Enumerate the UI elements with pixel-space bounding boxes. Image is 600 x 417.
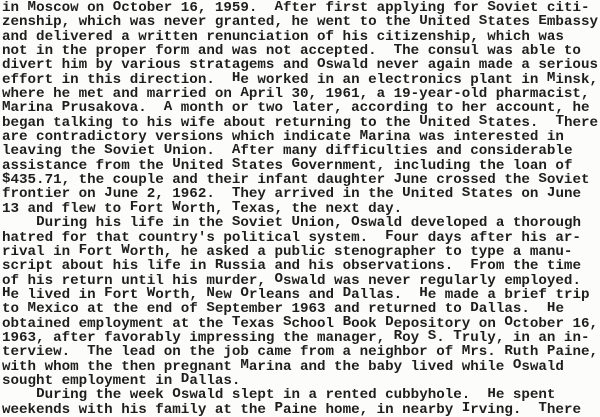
- text-line: are contradictory versions which indicat…: [2, 130, 600, 144]
- text-line: terview. The lead on the job came from a…: [2, 345, 600, 359]
- text-line: of his return until his murder, Oswald w…: [2, 274, 600, 288]
- text-line: not in the proper form and was not accep…: [2, 44, 600, 58]
- text-line: assistance from the United States Govern…: [2, 159, 600, 173]
- text-line: weekends with his family at the Paine ho…: [2, 403, 600, 417]
- text-line: divert him by various stratagems and Osw…: [2, 58, 600, 72]
- text-line: began talking to his wife about returnin…: [2, 116, 600, 130]
- text-line: in Moscow on October 16, 1959. After fir…: [2, 1, 600, 15]
- text-line: leaving the Soviet Union. After many dif…: [2, 144, 600, 158]
- text-line: zenship, which was never granted, he wen…: [2, 15, 600, 29]
- text-line: where he met and married on April 30, 19…: [2, 87, 600, 101]
- text-line: During the week Oswald slept in a rented…: [2, 388, 600, 402]
- text-line: $435.71, the couple and their infant dau…: [2, 173, 600, 187]
- text-line: and delivered a written renunciation of …: [2, 30, 600, 44]
- text-line: effort in this direction. He worked in a…: [2, 73, 600, 87]
- text-line: rival in Fort Worth, he asked a public s…: [2, 245, 600, 259]
- text-line: obtained employment at the Texas School …: [2, 317, 600, 331]
- text-line: with whom the then pregnant Marina and t…: [2, 360, 600, 374]
- text-line: hatred for that country's political syst…: [2, 231, 600, 245]
- text-line: script about his life in Russia and his …: [2, 259, 600, 273]
- text-line: During his life in the Soviet Union, Osw…: [2, 216, 600, 230]
- typewritten-page: in Moscow on October 16, 1959. After fir…: [0, 0, 600, 417]
- text-line: 13 and flew to Fort Worth, Texas, the ne…: [2, 202, 600, 216]
- text-line: He lived in Fort Worth, New Orleans and …: [2, 288, 600, 302]
- text-line: Marina Prusakova. A month or two later, …: [2, 101, 600, 115]
- text-line: sought employment in Dallas.: [2, 374, 600, 388]
- text-line: frontier on June 2, 1962. They arrived i…: [2, 187, 600, 201]
